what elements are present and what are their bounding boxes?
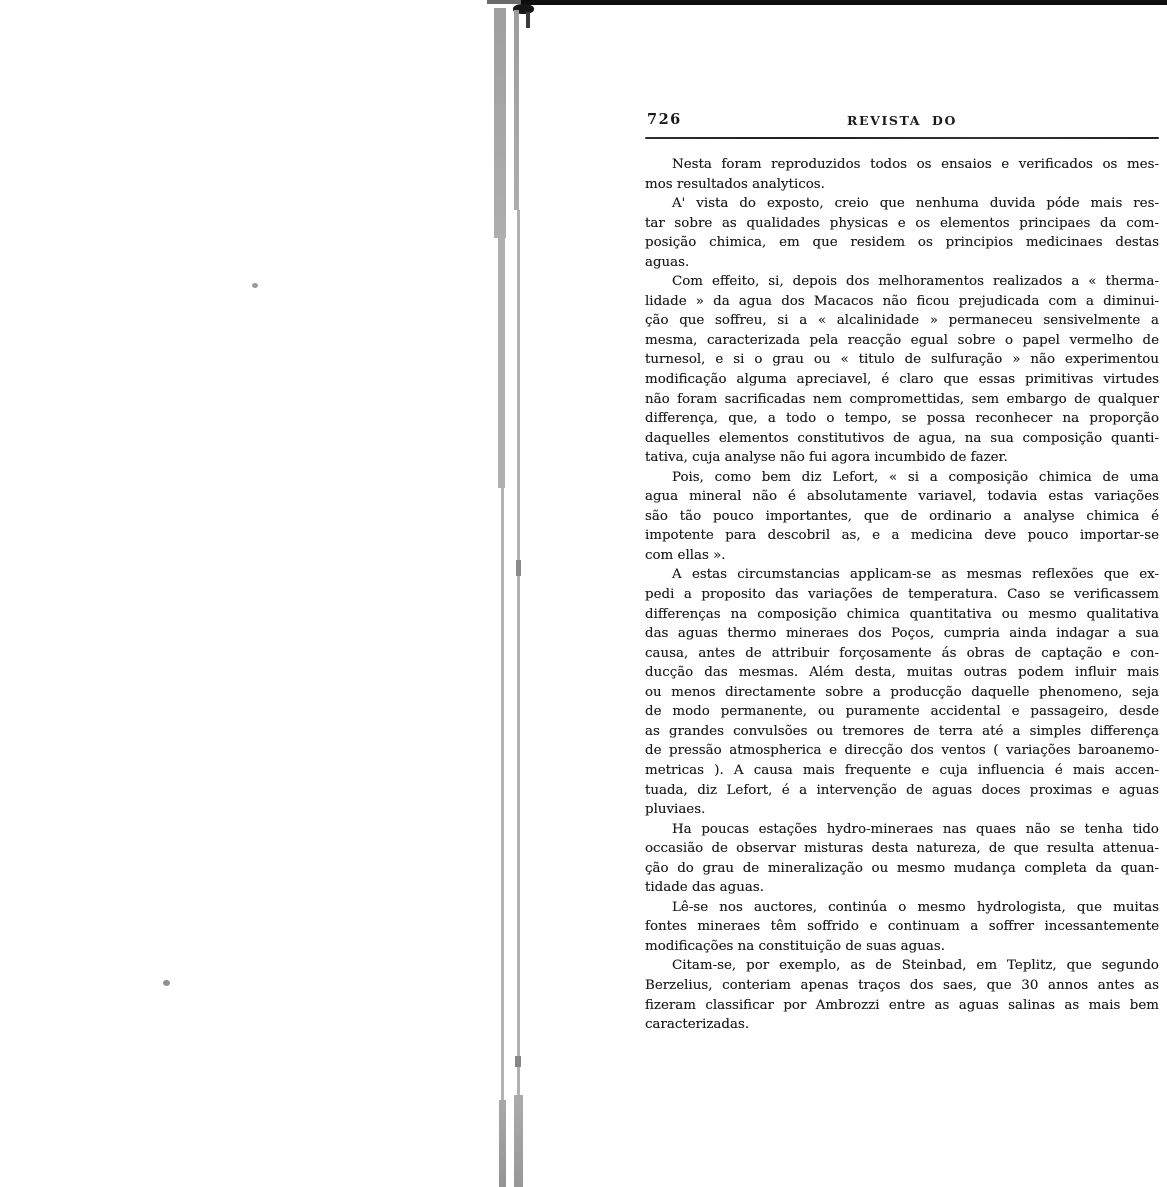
text-line: são tão pouco importantes, que de ordina… [645, 507, 1159, 527]
text-line: Ha poucas estações hydro-mineraes nas qu… [645, 820, 1159, 840]
text-line: não foram sacrificadas nem compromettida… [645, 390, 1159, 410]
text-line: causa, antes de attribuir forçosamente á… [645, 644, 1159, 664]
text-line: de pressão atmospherica e direcção dos v… [645, 741, 1159, 761]
text-line: turnesol, e si o grau ou « titulo de sul… [645, 350, 1159, 370]
text-line: com ellas ». [645, 546, 1159, 566]
text-line: metricas ). A causa mais frequente e cuj… [645, 761, 1159, 781]
text-line: tativa, cuja analyse não fui agora incum… [645, 448, 1159, 468]
scanned-book-page: { "scan": { "page_number": "726", "runni… [0, 0, 1167, 1187]
book-gutter-mark [516, 560, 521, 576]
text-line: Com effeito, si, depois dos melhoramento… [645, 272, 1159, 292]
text-line: mos resultados analyticos. [645, 175, 1159, 195]
book-gutter-line [499, 1100, 506, 1187]
scan-speck [163, 980, 170, 986]
running-header-title: REVISTA DO [645, 113, 1159, 128]
text-line: agua mineral não é absolutamente variave… [645, 487, 1159, 507]
book-gutter-line [494, 8, 506, 238]
text-line: ducção das mesmas. Além desta, muitas ou… [645, 663, 1159, 683]
text-line: das aguas thermo mineraes dos Poços, cum… [645, 624, 1159, 644]
text-line: posição chimica, em que residem os princ… [645, 233, 1159, 253]
text-line: ção do grau de mineralização ou mesmo mu… [645, 859, 1159, 879]
text-line: A' vista do exposto, creio que nenhuma d… [645, 194, 1159, 214]
text-line: ou menos directamente sobre a producção … [645, 683, 1159, 703]
book-gutter-mark [515, 1056, 521, 1067]
text-line: modificações na constituição de suas agu… [645, 937, 1159, 957]
text-line: Citam-se, por exemplo, as de Steinbad, e… [645, 956, 1159, 976]
text-line: pedi a proposito das variações de temper… [645, 585, 1159, 605]
text-line: as grandes convulsões ou tremores de ter… [645, 722, 1159, 742]
text-line: pluviaes. [645, 800, 1159, 820]
text-line: A estas circumstancias applicam-se as me… [645, 565, 1159, 585]
text-line: daquelles elementos constitutivos de agu… [645, 429, 1159, 449]
text-line: caracterizadas. [645, 1015, 1159, 1035]
scan-edge-bar-gray [487, 0, 523, 4]
text-line: occasião de observar misturas desta natu… [645, 839, 1159, 859]
body-text: Nesta foram reproduzidos todos os ensaio… [645, 155, 1159, 1035]
scan-speck [252, 283, 258, 288]
text-line: differenças na composição chimica quanti… [645, 605, 1159, 625]
book-gutter-line [514, 1095, 523, 1187]
text-line: mesma, caracterizada pela reacção egual … [645, 331, 1159, 351]
text-line: fizeram classificar por Ambrozzi entre a… [645, 996, 1159, 1016]
text-line: modificação alguma apreciavel, é claro q… [645, 370, 1159, 390]
text-line: aguas. [645, 253, 1159, 273]
text-line: lidade » da agua dos Macacos não ficou p… [645, 292, 1159, 312]
header-rule [645, 137, 1159, 139]
scan-ink-tick [526, 12, 530, 28]
running-head: 726 REVISTA DO [645, 111, 1159, 129]
text-line: impotente para descobril as, e a medicin… [645, 526, 1159, 546]
text-line: ção que soffreu, si a « alcalinidade » p… [645, 311, 1159, 331]
text-line: Berzelius, conteriam apenas traços dos s… [645, 976, 1159, 996]
text-line: Nesta foram reproduzidos todos os ensaio… [645, 155, 1159, 175]
text-line: de modo permanente, ou puramente acciden… [645, 702, 1159, 722]
book-gutter-line [514, 10, 519, 210]
printed-page: 726 REVISTA DO Nesta foram reproduzidos … [645, 0, 1159, 1187]
text-line: Lê-se nos auctores, continúa o mesmo hyd… [645, 898, 1159, 918]
text-line: fontes mineraes têm soffrido e continuam… [645, 917, 1159, 937]
text-line: differença, que, a todo o tempo, se poss… [645, 409, 1159, 429]
text-line: Pois, como bem diz Lefort, « si a compos… [645, 468, 1159, 488]
book-gutter-line [501, 488, 504, 1103]
text-line: tuada, diz Lefort, é a intervenção de ag… [645, 781, 1159, 801]
text-line: tar sobre as qualidades physicas e os el… [645, 214, 1159, 234]
book-gutter-line [498, 238, 505, 488]
text-line: tidade das aguas. [645, 878, 1159, 898]
book-gutter-line [517, 210, 520, 1098]
